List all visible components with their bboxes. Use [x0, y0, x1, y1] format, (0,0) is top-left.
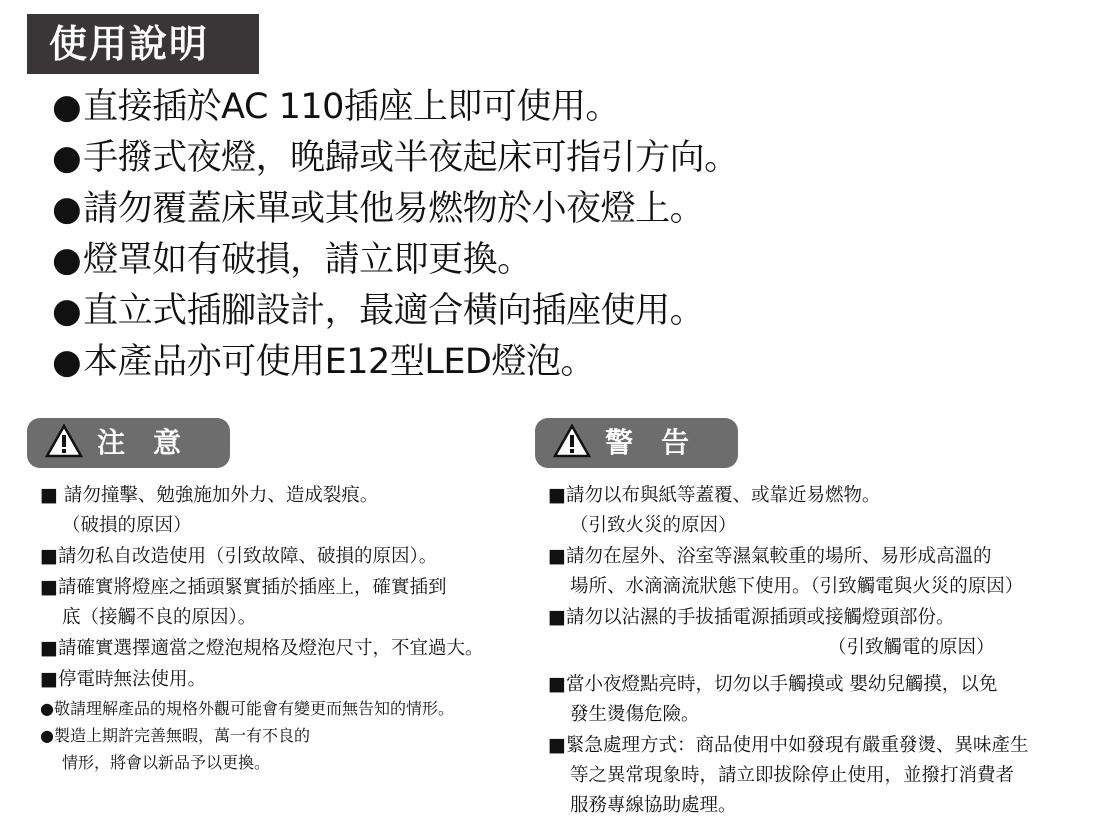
square-bullet-icon: ■	[548, 734, 566, 756]
caution-item: ■請確實選擇適當之燈泡規格及燈泡尺寸，不宜過大。	[40, 633, 520, 664]
caution-label: 注 意	[97, 418, 181, 468]
instruction-item: ●請勿覆蓋床單或其他易燃物於小夜燈上。	[52, 184, 739, 235]
warning-list: ■請勿以布與紙等蓋覆、或靠近易燃物。 （引致火災的原因） ■請勿在屋外、浴室等濕…	[548, 480, 1088, 821]
bullet-icon: ●	[52, 87, 81, 127]
warning-item: ■緊急處理方式：商品使用中如發現有嚴重發燙、異味產生	[548, 730, 1088, 761]
instruction-item: ●直立式插腳設計，最適合橫向插座使用。	[52, 286, 739, 337]
square-bullet-icon: ■	[548, 673, 566, 695]
instruction-item: ●本產品亦可使用E12型LED燈泡。	[52, 337, 739, 388]
note-item: ●製造上期許完善無暇，萬一有不良的	[40, 722, 520, 749]
caution-badge: 注 意	[27, 418, 230, 468]
note-item: ●敬請理解產品的規格外觀可能會有變更而無告知的情形。	[40, 695, 520, 722]
caution-item: ■請確實將燈座之插頭緊實插於插座上，確實插到	[40, 572, 520, 603]
note-item-sub: 情形，將會以新品予以更換。	[40, 749, 520, 776]
caution-list: ■ 請勿撞擊、勉強施加外力、造成裂痕。 （破損的原因） ■請勿私自改造使用（引致…	[40, 480, 520, 776]
bullet-icon: ●	[52, 189, 81, 229]
instruction-list: ●直接插於AC 110插座上即可使用。 ●手撥式夜燈，晚歸或半夜起床可指引方向。…	[52, 82, 739, 388]
caution-item: ■ 請勿撞擊、勉強施加外力、造成裂痕。	[40, 480, 520, 511]
warning-label: 警 告	[605, 418, 689, 468]
bullet-icon: ●	[52, 138, 81, 178]
instruction-item: ●直接插於AC 110插座上即可使用。	[52, 82, 739, 133]
square-bullet-icon: ■	[40, 668, 58, 690]
caution-item-sub: （破損的原因）	[40, 511, 520, 541]
warning-badge: 警 告	[535, 418, 738, 468]
warning-item-sub: 場所、水滴滴流狀態下使用。（引致觸電與火災的原因）	[548, 572, 1088, 602]
caution-item: ■停電時無法使用。	[40, 664, 520, 695]
warning-item-sub: 服務專線協助處理。	[548, 791, 1088, 821]
warning-item: ■當小夜燈點亮時，切勿以手觸摸或 嬰幼兒觸摸，以免	[548, 669, 1088, 700]
square-bullet-icon: ■	[40, 484, 58, 506]
warning-triangle-icon	[45, 424, 83, 458]
bullet-icon: ●	[40, 726, 54, 745]
caution-item-sub: 底（接觸不良的原因）。	[40, 603, 520, 633]
warning-item-sub: （引致火災的原因）	[548, 511, 1088, 541]
warning-item-sub: （引致觸電的原因）	[548, 633, 1088, 663]
square-bullet-icon: ■	[548, 484, 566, 506]
warning-item: ■請勿在屋外、浴室等濕氣較重的場所、易形成高溫的	[548, 541, 1088, 572]
square-bullet-icon: ■	[40, 545, 58, 567]
caution-item: ■請勿私自改造使用（引致故障、破損的原因）。	[40, 541, 520, 572]
warning-item-sub: 發生燙傷危險。	[548, 700, 1088, 730]
square-bullet-icon: ■	[548, 545, 566, 567]
warning-item: ■請勿以沾濕的手拔插電源插頭或接觸燈頭部份。	[548, 602, 1088, 633]
warning-item: ■請勿以布與紙等蓋覆、或靠近易燃物。	[548, 480, 1088, 511]
bullet-icon: ●	[40, 699, 54, 718]
square-bullet-icon: ■	[40, 637, 58, 659]
page-title: 使用說明	[27, 14, 259, 74]
square-bullet-icon: ■	[40, 576, 58, 598]
bullet-icon: ●	[52, 240, 81, 280]
instruction-item: ●手撥式夜燈，晚歸或半夜起床可指引方向。	[52, 133, 739, 184]
warning-item-sub: 等之異常現象時，請立即拔除停止使用，並撥打消費者	[548, 761, 1088, 791]
bullet-icon: ●	[52, 342, 81, 382]
warning-triangle-icon	[553, 424, 591, 458]
bullet-icon: ●	[52, 291, 81, 331]
square-bullet-icon: ■	[548, 606, 566, 628]
instruction-item: ●燈罩如有破損，請立即更換。	[52, 235, 739, 286]
